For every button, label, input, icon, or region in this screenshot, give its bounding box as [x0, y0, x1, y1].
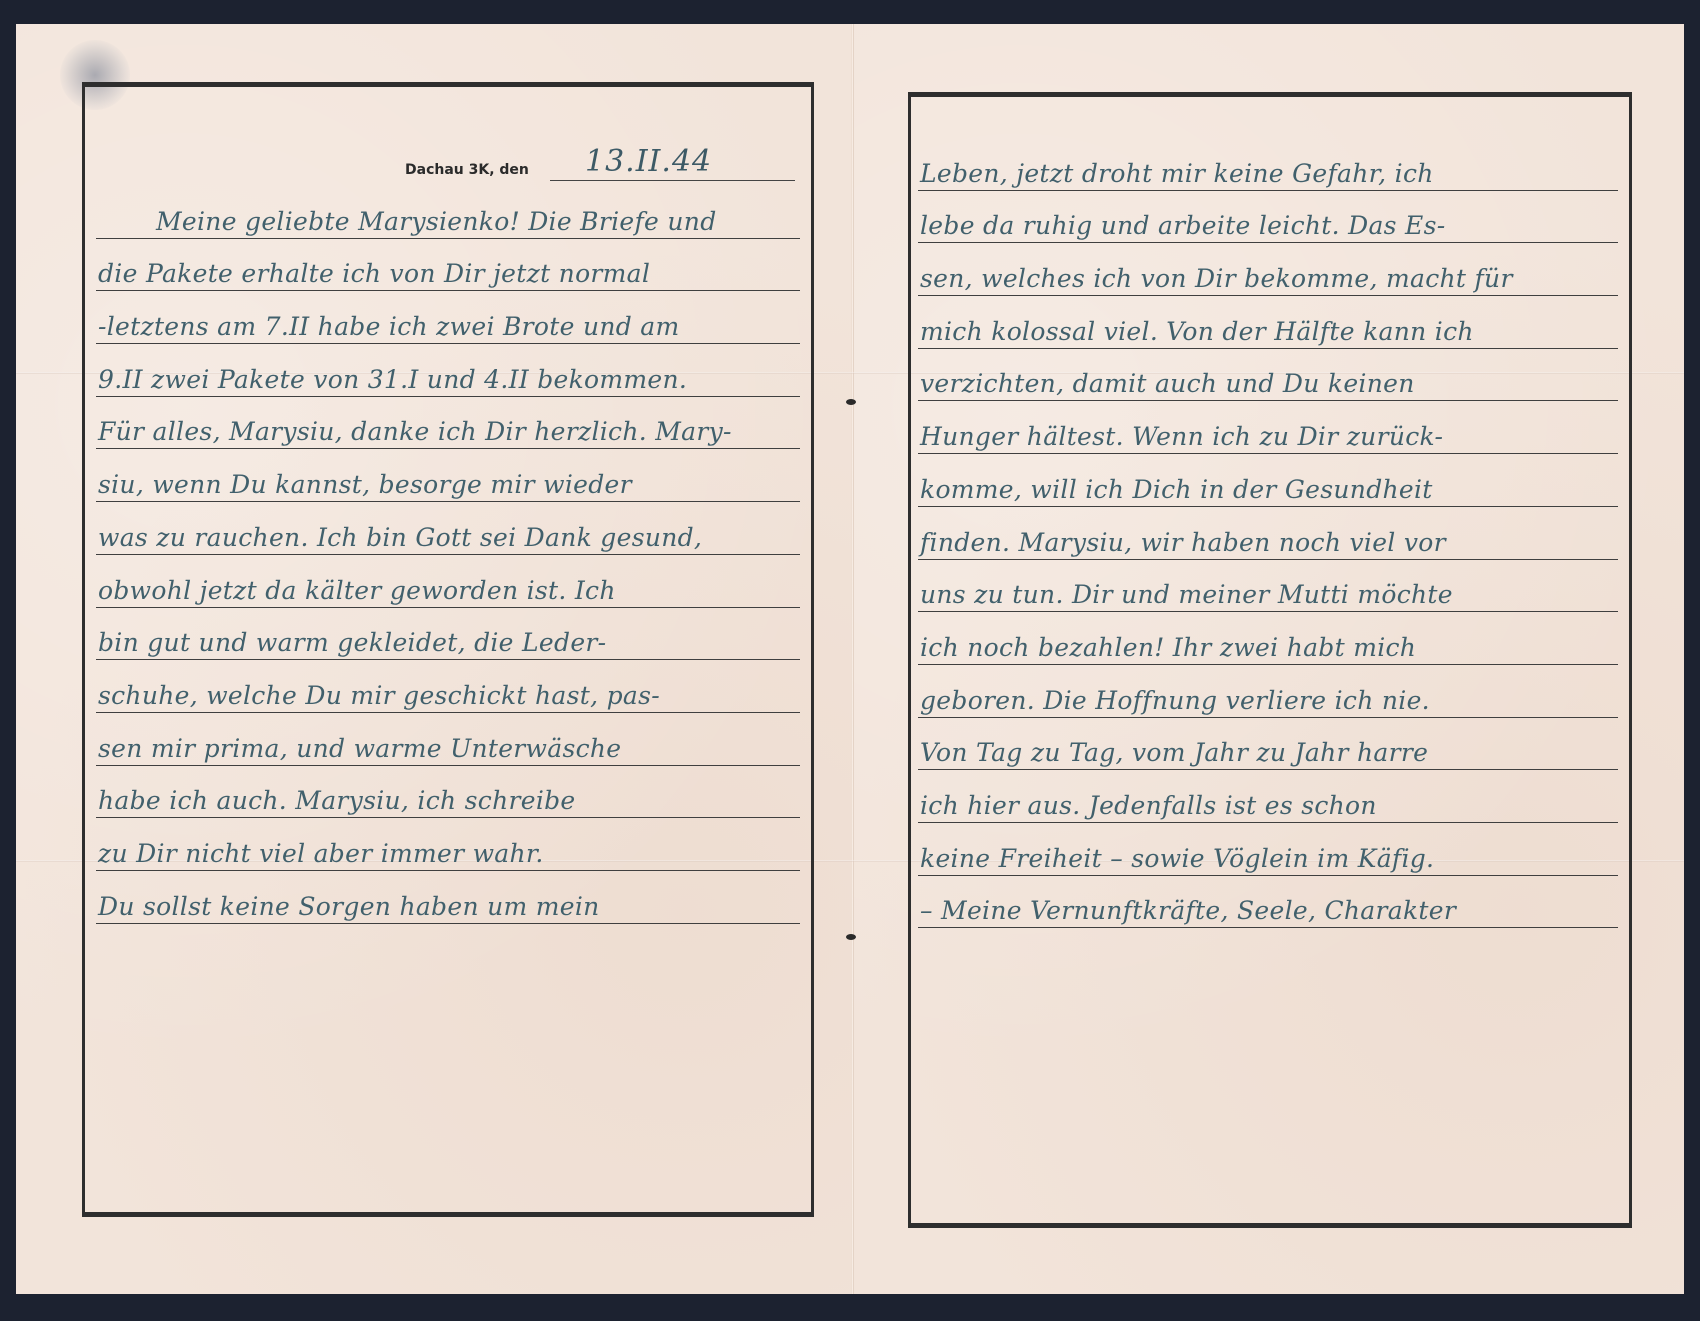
fold-hole-lower — [846, 934, 856, 940]
line-text: die Pakete erhalte ich von Dir jetzt nor… — [98, 259, 650, 288]
text-line: ich hier aus. Jedenfalls ist es schon — [918, 770, 1618, 823]
text-line: geboren. Die Hoffnung verliere ich nie. — [918, 665, 1618, 718]
text-line: finden. Marysiu, wir haben noch viel vor — [918, 507, 1618, 560]
text-line: komme, will ich Dich in der Gesundheit — [918, 454, 1618, 507]
text-line: -letztens am 7.II habe ich zwei Brote un… — [96, 291, 800, 344]
text-line: uns zu tun. Dir und meiner Mutti möchte — [918, 560, 1618, 613]
date-rule — [550, 180, 795, 181]
text-line: keine Freiheit – sowie Vöglein im Käfig. — [918, 823, 1618, 876]
text-line: Du sollst keine Sorgen haben um mein — [96, 871, 800, 924]
line-text: komme, will ich Dich in der Gesundheit — [920, 475, 1433, 504]
right-page-text: Leben, jetzt droht mir keine Gefahr, ich… — [918, 138, 1618, 928]
letter-header: Dachau 3K, den 13.II.44 — [405, 150, 795, 190]
line-text: habe ich auch. Marysiu, ich schreibe — [98, 786, 576, 815]
line-text: ich hier aus. Jedenfalls ist es schon — [920, 791, 1377, 820]
line-text: ich noch bezahlen! Ihr zwei habt mich — [920, 633, 1416, 662]
text-line: ich noch bezahlen! Ihr zwei habt mich — [918, 612, 1618, 665]
line-text: obwohl jetzt da kälter geworden ist. Ich — [98, 576, 616, 605]
line-text: zu Dir nicht viel aber immer wahr. — [98, 839, 544, 868]
text-line: – Meine Vernunftkräfte, Seele, Charakter — [918, 876, 1618, 929]
text-line: Meine geliebte Marysienko! Die Briefe un… — [96, 186, 800, 239]
line-text: uns zu tun. Dir und meiner Mutti möchte — [920, 580, 1453, 609]
text-line: die Pakete erhalte ich von Dir jetzt nor… — [96, 239, 800, 292]
text-line: zu Dir nicht viel aber immer wahr. — [96, 818, 800, 871]
text-line: mich kolossal viel. Von der Hälfte kann … — [918, 296, 1618, 349]
fold-hole-upper — [846, 399, 856, 405]
line-text: lebe da ruhig und arbeite leicht. Das Es… — [920, 211, 1445, 240]
line-text: schuhe, welche Du mir geschickt hast, pa… — [98, 681, 660, 710]
text-line: siu, wenn Du kannst, besorge mir wieder — [96, 449, 800, 502]
line-text: geboren. Die Hoffnung verliere ich nie. — [920, 686, 1430, 715]
text-line: Leben, jetzt droht mir keine Gefahr, ich — [918, 138, 1618, 191]
letter-date: 13.II.44 — [585, 144, 712, 179]
line-text: Hunger hältest. Wenn ich zu Dir zurück- — [920, 422, 1443, 451]
text-line: schuhe, welche Du mir geschickt hast, pa… — [96, 660, 800, 713]
line-text: bin gut und warm gekleidet, die Leder- — [98, 628, 606, 657]
line-text: 9.II zwei Pakete von 31.I und 4.II bekom… — [98, 365, 687, 394]
line-text: sen, welches ich von Dir bekomme, macht … — [920, 264, 1513, 293]
text-line: obwohl jetzt da kälter geworden ist. Ich — [96, 555, 800, 608]
line-text: Für alles, Marysiu, danke ich Dir herzli… — [98, 417, 732, 446]
line-text: was zu rauchen. Ich bin Gott sei Dank ge… — [98, 523, 702, 552]
line-text: Meine geliebte Marysienko! Die Briefe un… — [156, 207, 717, 236]
text-line: lebe da ruhig und arbeite leicht. Das Es… — [918, 191, 1618, 244]
line-text: -letztens am 7.II habe ich zwei Brote un… — [98, 312, 680, 341]
text-line: bin gut und warm gekleidet, die Leder- — [96, 608, 800, 661]
line-text: – Meine Vernunftkräfte, Seele, Charakter — [920, 896, 1456, 925]
place-label: Dachau 3K, den — [405, 162, 529, 178]
text-line: habe ich auch. Marysiu, ich schreibe — [96, 766, 800, 819]
line-text: sen mir prima, und warme Unterwäsche — [98, 734, 621, 763]
text-line: 9.II zwei Pakete von 31.I und 4.II bekom… — [96, 344, 800, 397]
line-text: finden. Marysiu, wir haben noch viel vor — [920, 528, 1446, 557]
left-page-text: Meine geliebte Marysienko! Die Briefe un… — [96, 186, 800, 924]
line-text: Von Tag zu Tag, vom Jahr zu Jahr harre — [920, 738, 1428, 767]
center-fold — [851, 24, 854, 1294]
text-line: sen, welches ich von Dir bekomme, macht … — [918, 243, 1618, 296]
text-line: Für alles, Marysiu, danke ich Dir herzli… — [96, 397, 800, 450]
text-line: sen mir prima, und warme Unterwäsche — [96, 713, 800, 766]
text-line: Hunger hältest. Wenn ich zu Dir zurück- — [918, 401, 1618, 454]
line-text: verzichten, damit auch und Du keinen — [920, 369, 1415, 398]
line-text: mich kolossal viel. Von der Hälfte kann … — [920, 317, 1474, 346]
text-line: Von Tag zu Tag, vom Jahr zu Jahr harre — [918, 718, 1618, 771]
text-line: was zu rauchen. Ich bin Gott sei Dank ge… — [96, 502, 800, 555]
text-line: verzichten, damit auch und Du keinen — [918, 349, 1618, 402]
line-text: siu, wenn Du kannst, besorge mir wieder — [98, 470, 632, 499]
line-text: Du sollst keine Sorgen haben um mein — [98, 892, 600, 921]
line-text: keine Freiheit – sowie Vöglein im Käfig. — [920, 844, 1434, 873]
line-text: Leben, jetzt droht mir keine Gefahr, ich — [920, 159, 1434, 188]
